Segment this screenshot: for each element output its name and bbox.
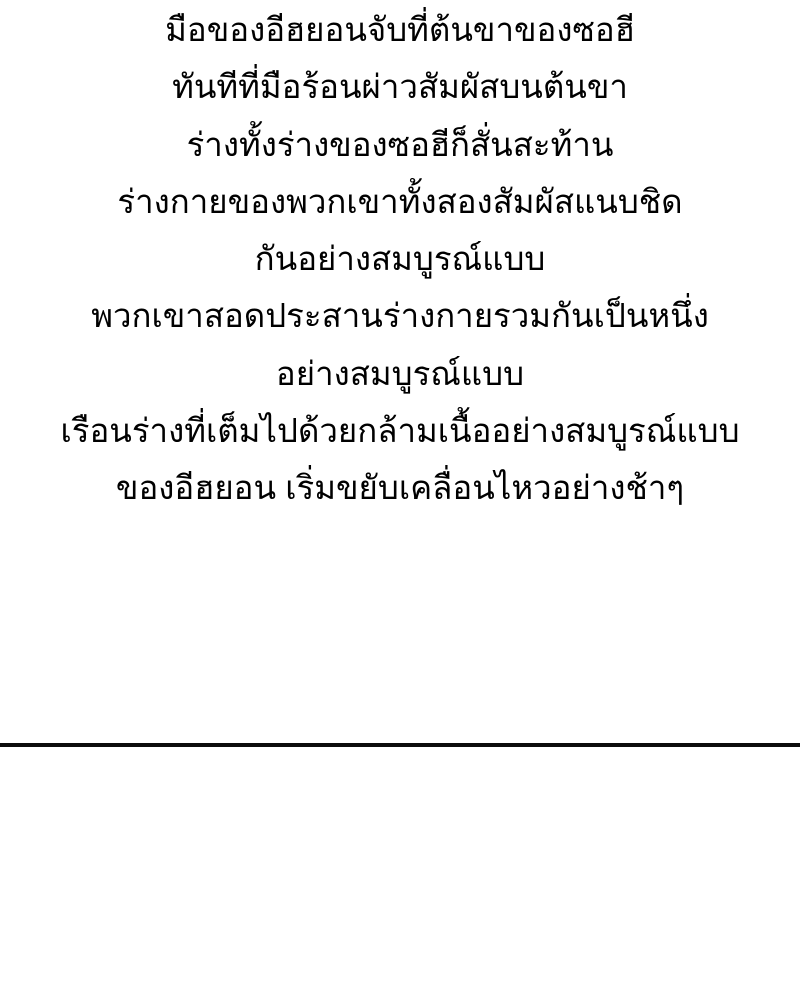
- narration-line-5: กันอย่างสมบูรณ์แบบ: [0, 230, 800, 287]
- narration-line-6: พวกเขาสอดประสานร่างกายรวมกันเป็นหนึ่ง: [0, 287, 800, 344]
- narration-line-4: ร่างกายของพวกเขาทั้งสองสัมผัสแนบชิด: [0, 173, 800, 230]
- narration-line-1: มือของอีฮยอนจับที่ต้นขาของซอฮี: [0, 1, 800, 58]
- narration-line-3: ร่างทั้งร่างของซอฮีก็สั่นสะท้าน: [0, 116, 800, 173]
- narration-line-9: ของอีฮยอน เริ่มขยับเคลื่อนไหวอย่างช้าๆ: [0, 459, 800, 516]
- narration-line-8: เรือนร่างที่เต็มไปด้วยกล้ามเนื้ออย่างสมบ…: [0, 402, 800, 459]
- webtoon-page: มือของอีฮยอนจับที่ต้นขาของซอฮี ทันทีที่ม…: [0, 0, 800, 1000]
- narration-line-7: อย่างสมบูรณ์แบบ: [0, 345, 800, 402]
- narration-line-2: ทันทีที่มือร้อนผ่าวสัมผัสบนต้นขา: [0, 58, 800, 115]
- narration-text-block: มือของอีฮยอนจับที่ต้นขาของซอฮี ทันทีที่ม…: [0, 1, 800, 517]
- panel-divider-line: [0, 743, 800, 747]
